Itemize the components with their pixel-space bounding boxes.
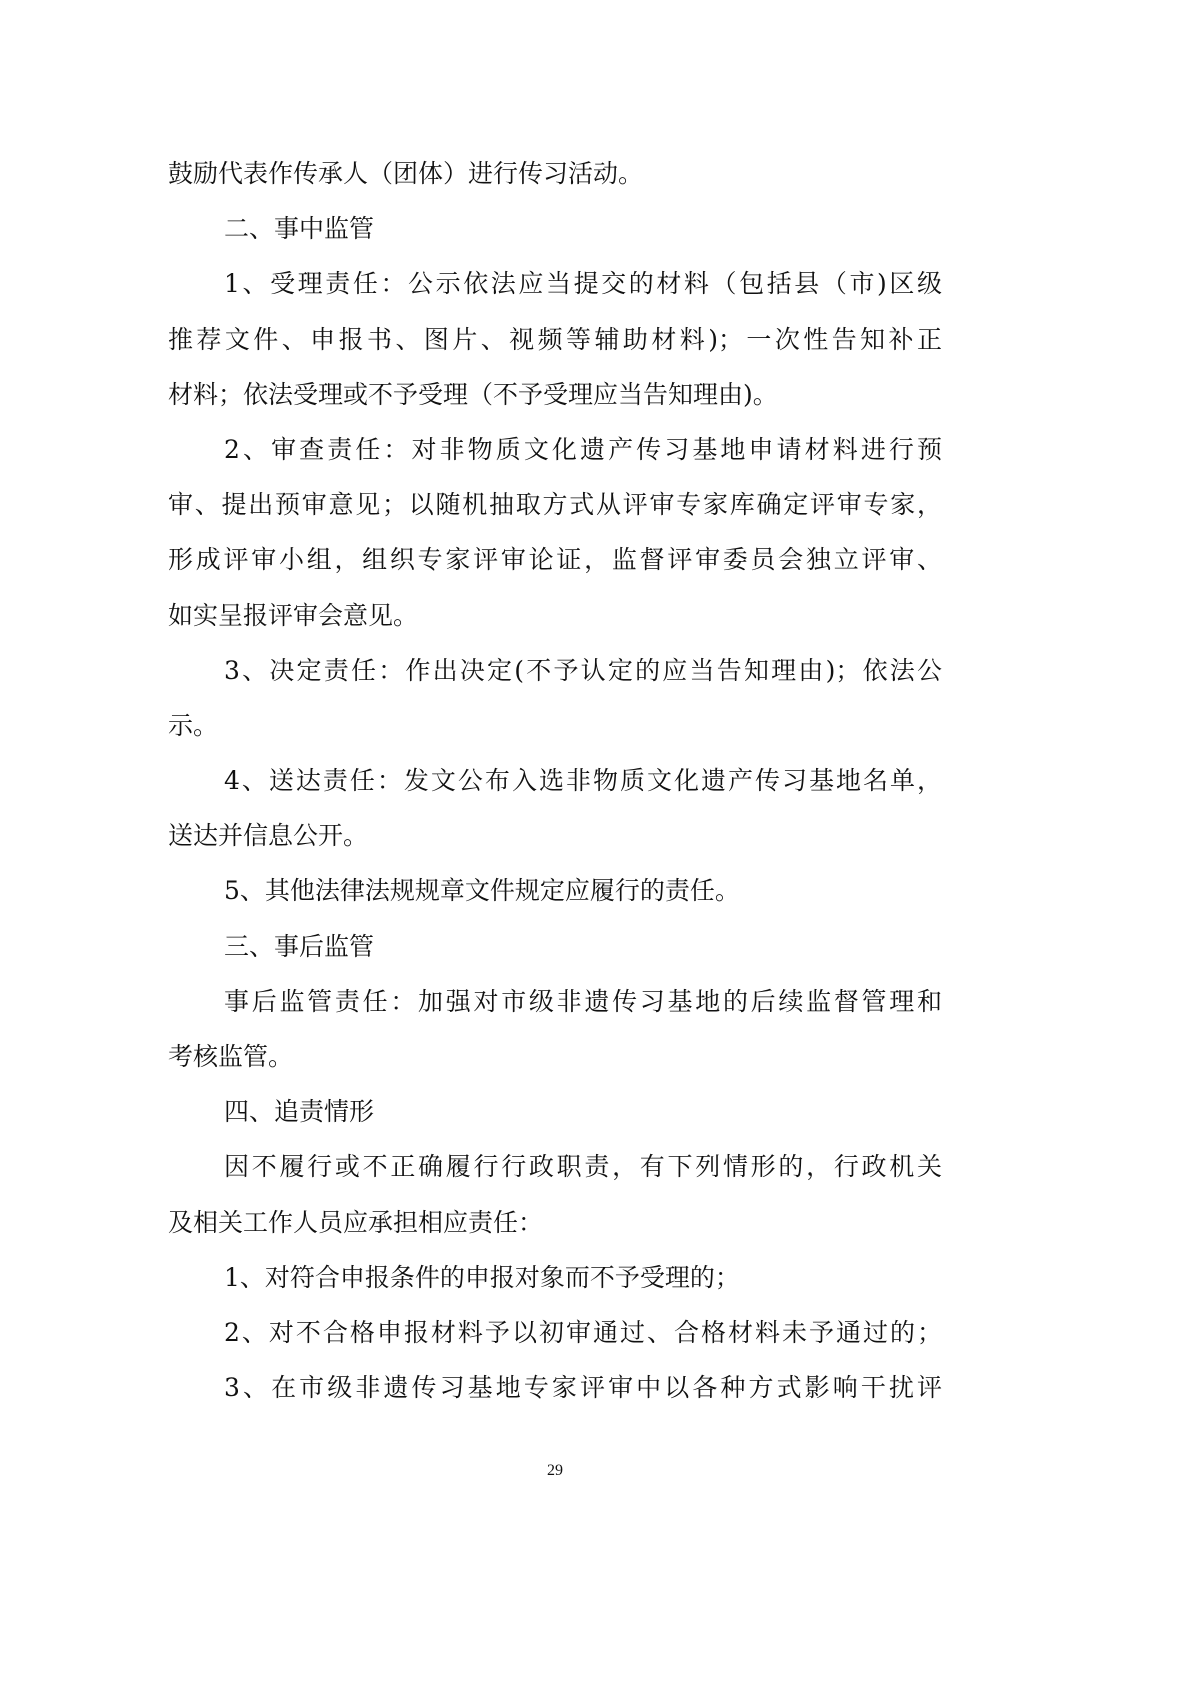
- text-line: 事后监管责任：加强对市级非遗传习基地的后续监督管理和: [168, 974, 942, 1029]
- text-line: 1、受理责任：公示依法应当提交的材料（包括县（市)区级: [168, 256, 942, 311]
- text-line: 因不履行或不正确履行行政职责，有下列情形的，行政机关: [168, 1139, 942, 1194]
- text-line: 2、对不合格申报材料予以初审通过、合格材料未予通过的；: [168, 1305, 942, 1360]
- text-line: 鼓励代表作传承人（团体）进行传习活动。: [168, 146, 942, 201]
- text-line: 1、对符合申报条件的申报对象而不予受理的；: [168, 1250, 942, 1305]
- text-line: 推荐文件、申报书、图片、视频等辅助材料)；一次性告知补正: [168, 312, 942, 367]
- text-line: 形成评审小组，组织专家评审论证，监督评审委员会独立评审、: [168, 532, 942, 587]
- text-line: 4、送达责任：发文公布入选非物质文化遗产传习基地名单，: [168, 753, 942, 808]
- text-line: 示。: [168, 698, 942, 753]
- page-number: 29: [0, 1462, 1110, 1480]
- text-line: 审、提出预审意见；以随机抽取方式从评审专家库确定评审专家，: [168, 477, 942, 532]
- text-line: 三、事后监管: [168, 919, 942, 974]
- text-line: 考核监管。: [168, 1029, 942, 1084]
- text-line: 2、审查责任：对非物质文化遗产传习基地申请材料进行预: [168, 422, 942, 477]
- document-body: 鼓励代表作传承人（团体）进行传习活动。二、事中监管1、受理责任：公示依法应当提交…: [168, 146, 942, 1415]
- text-line: 如实呈报评审会意见。: [168, 588, 942, 643]
- text-line: 送达并信息公开。: [168, 808, 942, 863]
- text-line: 材料；依法受理或不予受理（不予受理应当告知理由)。: [168, 367, 942, 422]
- text-line: 二、事中监管: [168, 201, 942, 256]
- text-line: 四、追责情形: [168, 1084, 942, 1139]
- text-line: 3、在市级非遗传习基地专家评审中以各种方式影响干扰评: [168, 1360, 942, 1415]
- text-line: 及相关工作人员应承担相应责任：: [168, 1195, 942, 1250]
- text-line: 5、其他法律法规规章文件规定应履行的责任。: [168, 863, 942, 918]
- text-line: 3、决定责任：作出决定(不予认定的应当告知理由)；依法公: [168, 643, 942, 698]
